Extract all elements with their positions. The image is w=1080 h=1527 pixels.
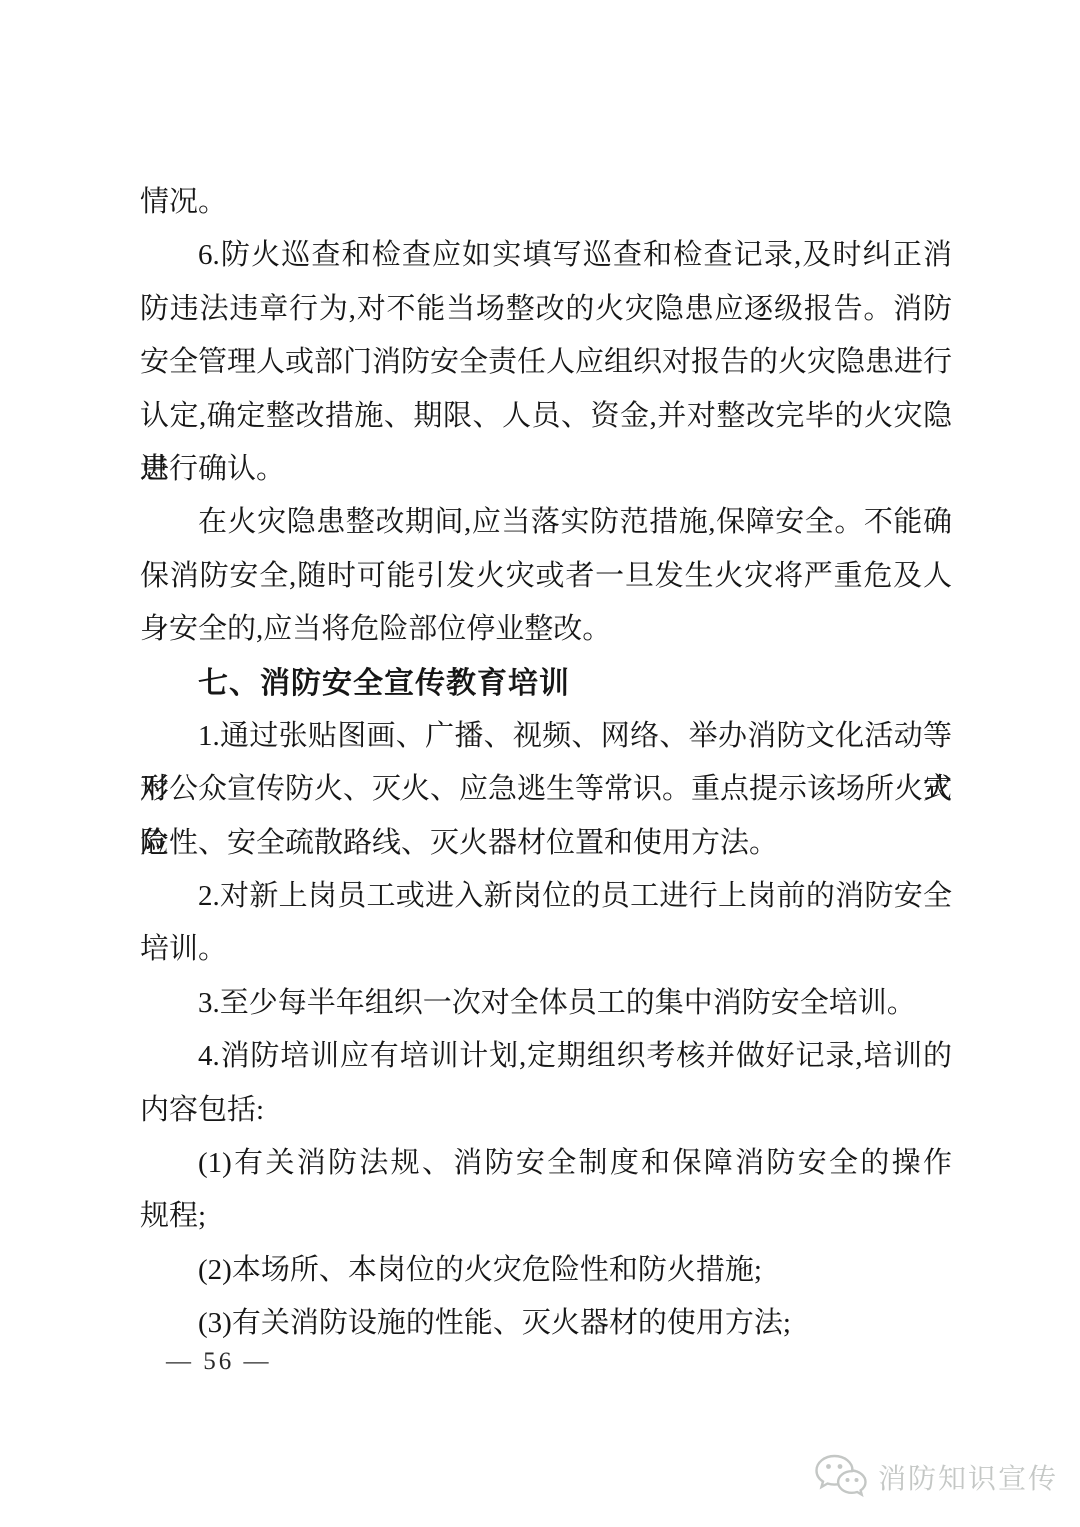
text-line: 规程; (140, 1190, 952, 1243)
text-line: (2)本场所、本岗位的火灾危险性和防火措施; (140, 1244, 952, 1297)
text-line: 1.通过张贴图画、广播、视频、网络、举办消防文化活动等形式 (140, 710, 952, 763)
text-line: 内容包括: (140, 1084, 952, 1137)
text-line: 认定,确定整改措施、期限、人员、资金,并对整改完毕的火灾隐患 (140, 390, 952, 443)
watermark-label: 消防知识宣传 (878, 1457, 1058, 1497)
text-line: 情况。 (140, 176, 952, 229)
text-line: 2.对新上岗员工或进入新岗位的员工进行上岗前的消防安全 (140, 870, 952, 923)
section-heading: 七、消防安全宣传教育培训 (140, 657, 952, 710)
text-line: 3.至少每半年组织一次对全体员工的集中消防安全培训。 (140, 977, 952, 1030)
document-page: 情况。6.防火巡查和检查应如实填写巡查和检查记录,及时纠正消防违法违章行为,对不… (0, 0, 1080, 1527)
text-line: (3)有关消防设施的性能、灭火器材的使用方法; (140, 1297, 952, 1350)
page-number: — 56 — (166, 1348, 272, 1376)
text-line: 培训。 (140, 923, 952, 976)
text-line: 在火灾隐患整改期间,应当落实防范措施,保障安全。不能确 (140, 496, 952, 549)
wechat-chat-bubbles-icon (813, 1452, 869, 1502)
text-line: 对公众宣传防火、灭火、应急逃生等常识。重点提示该场所火灾危 (140, 763, 952, 816)
watermark: 消防知识宣传 (813, 1452, 1058, 1502)
text-line: 4.消防培训应有培训计划,定期组织考核并做好记录,培训的 (140, 1030, 952, 1083)
text-line: 安全管理人或部门消防安全责任人应组织对报告的火灾隐患进行 (140, 336, 952, 389)
text-line: 身安全的,应当将危险部位停业整改。 (140, 603, 952, 656)
text-line: 防违法违章行为,对不能当场整改的火灾隐患应逐级报告。消防 (140, 283, 952, 336)
text-line: (1)有关消防法规、消防安全制度和保障消防安全的操作 (140, 1137, 952, 1190)
text-line: 保消防安全,随时可能引发火灾或者一旦发生火灾将严重危及人 (140, 550, 952, 603)
text-line: 6.防火巡查和检查应如实填写巡查和检查记录,及时纠正消 (140, 229, 952, 282)
text-line: 进行确认。 (140, 443, 952, 496)
text-line: 险性、安全疏散路线、灭火器材位置和使用方法。 (140, 817, 952, 870)
page-body: 情况。6.防火巡查和检查应如实填写巡查和检查记录,及时纠正消防违法违章行为,对不… (140, 176, 952, 1351)
